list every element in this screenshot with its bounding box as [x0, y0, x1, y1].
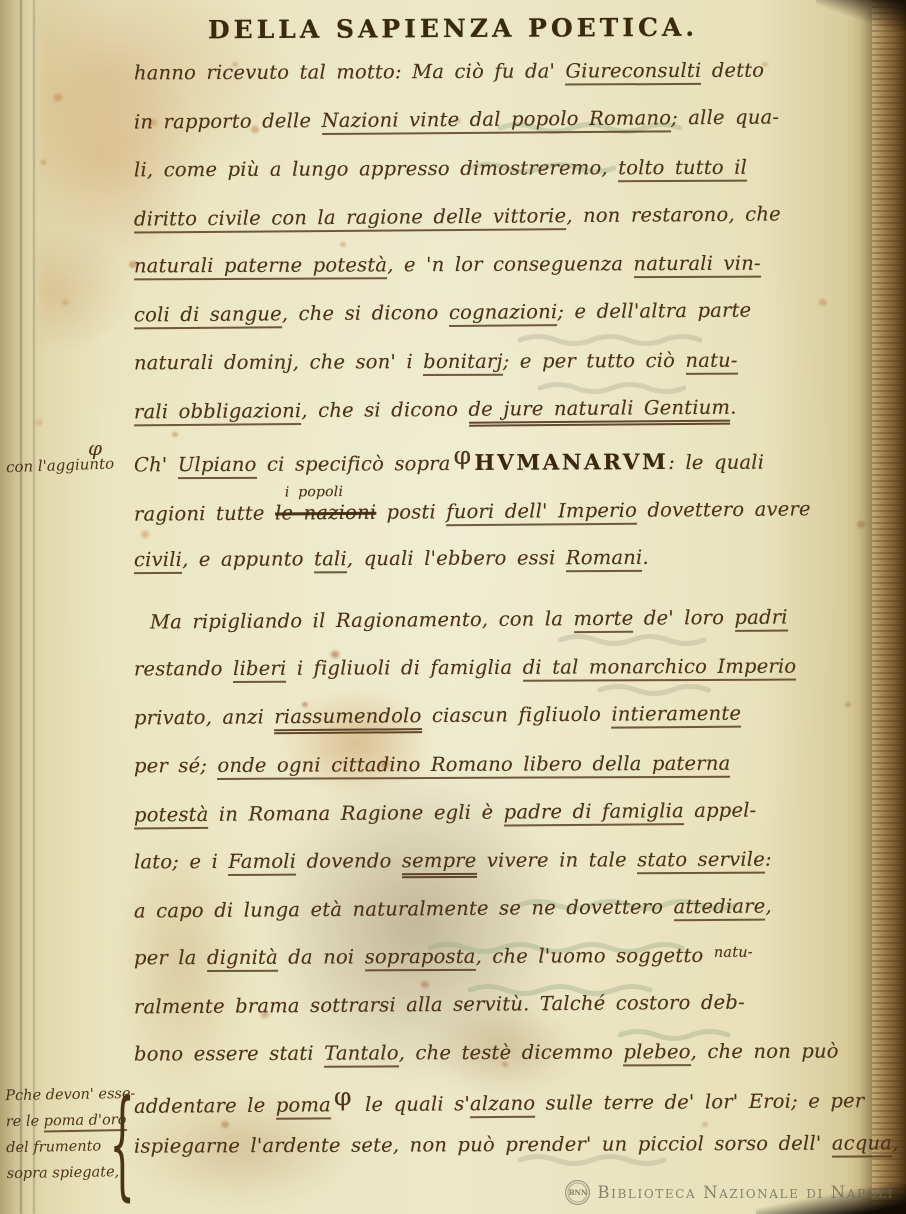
manuscript-text: hanno ricevuto tal motto: Ma ciò fu da' … [134, 0, 868, 1214]
manuscript-line: ragioni tutte le nazionii popoli posti f… [134, 497, 811, 525]
manuscript-line: Ma ripigliando il Ragionamento, con la m… [150, 605, 788, 633]
manuscript-line: lato; e i Famoli dovendo sempre vivere i… [134, 848, 772, 874]
library-watermark: BNN Biblioteca Nazionale di Napoli [565, 1180, 894, 1205]
margin-note-poma: Pche devon' esse-re le poma d'orodel fru… [5, 1081, 137, 1187]
library-monogram: BNN [569, 1188, 588, 1197]
manuscript-line: potestà in Romana Ragione egli è padre d… [134, 799, 757, 827]
margin-note-line: sopra spiegate, [6, 1159, 136, 1187]
manuscript-line: a capo di lunga età naturalmente se ne d… [134, 894, 772, 922]
manuscript-line: privato, anzi riassumendolo ciascun figl… [134, 702, 741, 730]
interlinear-correction: i popoli [285, 484, 343, 500]
manuscript-line: naturali dominj, che son' i bonitarj; e … [134, 349, 738, 375]
watermark-text: Biblioteca Nazionale di Napoli [597, 1183, 894, 1202]
manuscript-line: in rapporto delle Nazioni vinte dal popo… [134, 105, 779, 133]
manuscript-line: ispiegarne l'ardente sete, non può prend… [134, 1131, 899, 1157]
manuscript-line: bono essere stati Tantalo, che testè dic… [134, 1039, 839, 1065]
manuscript-line: li, come più a lungo appresso dimostrere… [134, 156, 747, 182]
manuscript-scan: DELLA SAPIENZA POETICA. hanno ricevuto t… [0, 0, 906, 1214]
margin-note-line: Pche devon' esse- [5, 1081, 135, 1109]
manuscript-line: rali obbligazioni, che si dicono de jure… [134, 396, 737, 424]
manuscript-line: Ch' Ulpiano ci specificò sopraφHVMANARVM… [134, 446, 764, 478]
manuscript-line: civili, e appunto tali, quali l'ebbero e… [134, 546, 649, 571]
manuscript-line: ralmente brama sottrarsi alla servitù. T… [134, 991, 745, 1019]
binding-crease [33, 0, 35, 1214]
manuscript-line: naturali paterne potestà, e 'n lor conse… [134, 252, 761, 278]
library-logo-icon: BNN [565, 1180, 590, 1205]
manuscript-line: per sé; onde ogni cittadino Romano liber… [134, 752, 730, 778]
margin-note-line: re le poma d'oro [6, 1107, 136, 1135]
margin-note-line: del frumento [6, 1133, 136, 1161]
manuscript-line: addentare le pomaφ le quali s'alzano sul… [134, 1084, 865, 1119]
manuscript-line: coli di sangue, che si dicono cognazioni… [134, 299, 752, 327]
manuscript-line: restando liberi i figliuoli di famiglia … [134, 655, 796, 681]
binding-crease [20, 0, 22, 1214]
page-fore-edge [872, 0, 906, 1214]
manuscript-line: per la dignità da noi sopraposta, che l'… [134, 944, 753, 970]
binding-gutter [0, 0, 46, 1214]
manuscript-line: hanno ricevuto tal motto: Ma ciò fu da' … [134, 59, 764, 85]
manuscript-line: diritto civile con la ragione delle vitt… [134, 202, 781, 230]
